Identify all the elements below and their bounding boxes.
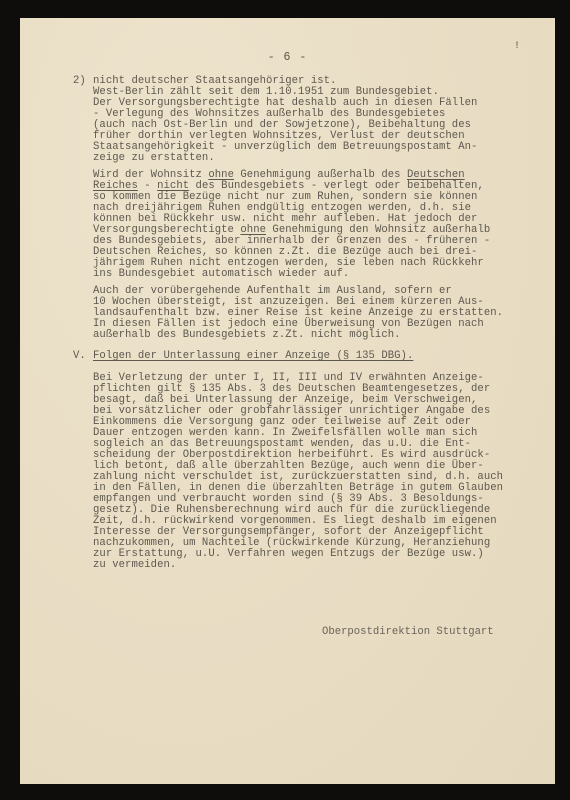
text-line: außerhalb des Bundesgebiets z.Zt. nicht … — [93, 330, 401, 341]
margin-mark: ! — [514, 43, 520, 51]
section-2-marker: 2) — [73, 76, 86, 87]
section-heading: Folgen der Unterlassung einer Anzeige (§… — [93, 351, 413, 362]
text-line: ins Bundesgebiet automatisch wieder auf. — [93, 269, 349, 280]
section-v-marker: V. — [73, 351, 86, 362]
page-number: - 6 - — [20, 51, 555, 64]
document-page: - 6 - ! 2) nicht deutscher Staatsangehör… — [20, 18, 555, 784]
signature: Oberpostdirektion Stuttgart — [322, 626, 494, 638]
text-line: zeige zu erstatten. — [93, 153, 215, 164]
text-line: zu vermeiden. — [93, 560, 176, 571]
